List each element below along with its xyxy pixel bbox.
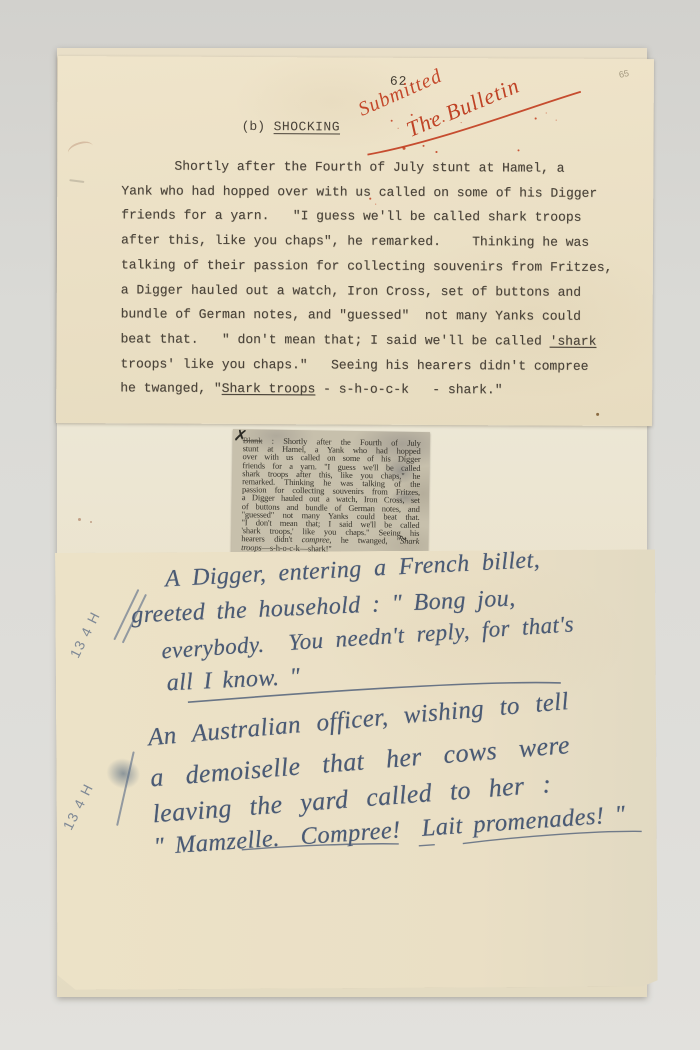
typed-line: Yank who had hopped over with us called …: [121, 179, 613, 206]
red-ink-dot: [451, 115, 452, 116]
typed-paragraph: Shortly after the Fourth of July stunt a…: [120, 154, 613, 404]
red-ink-dot: [403, 147, 406, 150]
typed-line: a Digger hauled out a watch, Iron Cross,…: [121, 278, 613, 305]
typed-line: Shortly after the Fourth of July stunt a…: [121, 154, 613, 181]
typed-line: talking of their passion for collecting …: [121, 253, 613, 280]
paper-fleck: [596, 413, 599, 416]
flourish-strokes: [55, 549, 658, 990]
pen-smudge: [382, 457, 418, 484]
red-ink-dot: [443, 120, 445, 122]
pencil-scuff: [69, 179, 84, 183]
typed-line: after this, like you chaps", he remarked…: [121, 228, 613, 255]
red-ink-dot: [461, 122, 462, 123]
red-ink-dot: [398, 128, 399, 129]
handwritten-sheet: 13 4 H 13 4 H A Digger, entering a Frenc…: [55, 549, 658, 990]
typed-line: beat that. " don't mean that; I said we'…: [120, 327, 612, 354]
typed-line: troops' like you chaps." Seeing his hear…: [120, 352, 612, 379]
red-ink-dot: [556, 120, 557, 121]
typed-line: he twanged, "Shark troops - s-h-o-c-k - …: [120, 377, 612, 404]
typed-line: bundle of German notes, and "guessed" no…: [121, 303, 613, 330]
red-ink-dot: [535, 117, 537, 119]
pen-smudge: [390, 489, 420, 505]
red-ink-dot: [391, 120, 393, 122]
red-ink-dot: [430, 118, 432, 120]
section-label: (b): [242, 119, 265, 134]
corner-pencil-mark: 65: [618, 68, 630, 80]
red-ink-dot: [474, 108, 475, 109]
paper-speck: [90, 521, 92, 523]
section-heading: SHOCKING: [274, 119, 340, 134]
paper-speck: [78, 518, 81, 521]
news-clipping: ✗ Blank : Shortly after the Fourth of Ju…: [231, 429, 430, 556]
page-number: 62.: [390, 74, 416, 89]
typed-page: 62. 65 (b) SHOCKING Submitted The Bullet…: [56, 56, 654, 426]
red-ink-dot: [436, 151, 438, 153]
red-ink-dot: [423, 145, 425, 147]
paper-crease: [66, 139, 95, 161]
red-ink-dot: [518, 149, 520, 151]
typed-line: friends for a yarn. "I guess we'll be ca…: [121, 204, 613, 231]
red-annotation-line2: The Bulletin: [403, 72, 524, 142]
red-ink-dot: [546, 113, 547, 114]
photo-backdrop: 62. 65 (b) SHOCKING Submitted The Bullet…: [0, 0, 700, 1050]
red-ink-dot: [411, 114, 413, 116]
